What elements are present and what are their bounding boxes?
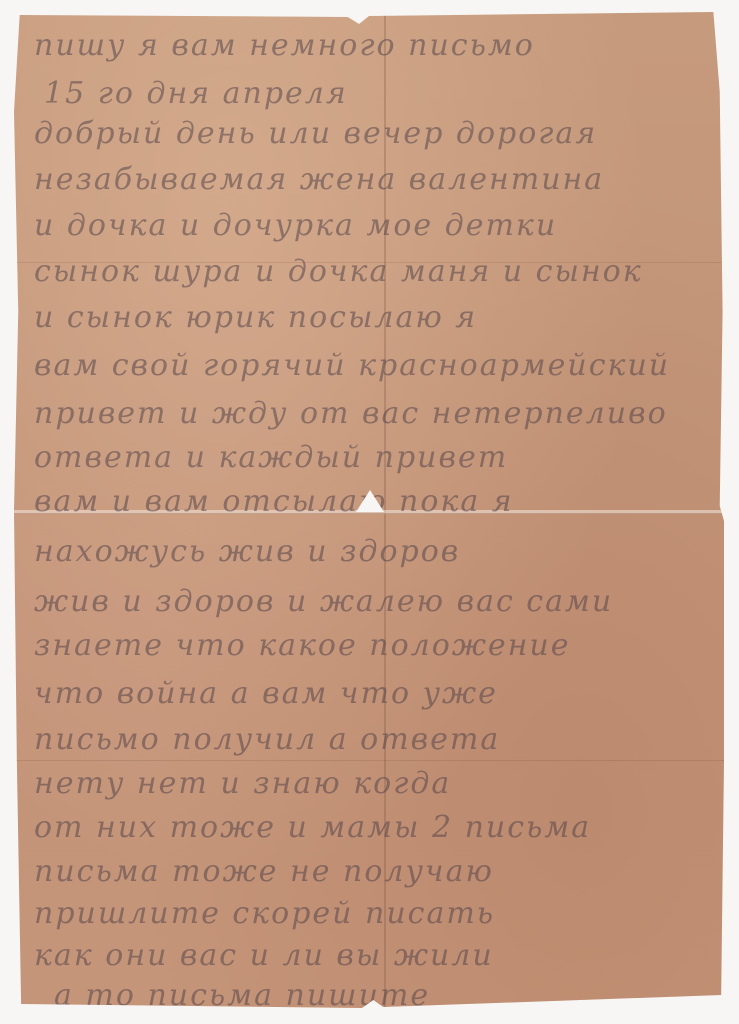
text-line: вам и вам отсылаю пока я <box>34 484 514 519</box>
text-line: от них тоже и мамы 2 письма <box>34 810 591 845</box>
text-line: и сынок юрик посылаю я <box>34 300 477 335</box>
text-line: жив и здоров и жалею вас сами <box>34 584 613 619</box>
text-line: нету нет и знаю когда <box>34 766 451 801</box>
lower-fold-crease <box>14 760 724 761</box>
text-line: письма тоже не получаю <box>34 854 494 889</box>
text-line: 15 го дня апреля <box>44 76 348 111</box>
text-line: и дочка и дочурка мое детки <box>34 208 557 243</box>
text-line: пишу я вам немного письмо <box>34 28 535 63</box>
text-line: а то письма пишите <box>54 978 430 1013</box>
text-line: письмо получил а ответа <box>34 722 500 757</box>
text-line: сынок шура и дочка маня и сынок <box>34 254 643 289</box>
text-line: добрый день или вечер дорогая <box>34 116 597 151</box>
text-line: как они вас и ли вы жили <box>34 938 494 973</box>
text-line: нахожусь жив и здоров <box>34 534 460 569</box>
text-line: незабываемая жена валентина <box>34 162 604 197</box>
text-line: вам свой горячий красноармейский <box>34 348 670 383</box>
text-line: что война а вам что уже <box>34 676 498 711</box>
paper-tear-hole <box>356 490 384 512</box>
text-line: пришлите скорей писать <box>34 896 495 931</box>
text-line: знаете что какое положение <box>34 628 571 663</box>
text-line: ответа и каждый привет <box>34 440 508 475</box>
text-line: привет и жду от вас нетерпеливо <box>34 396 668 431</box>
